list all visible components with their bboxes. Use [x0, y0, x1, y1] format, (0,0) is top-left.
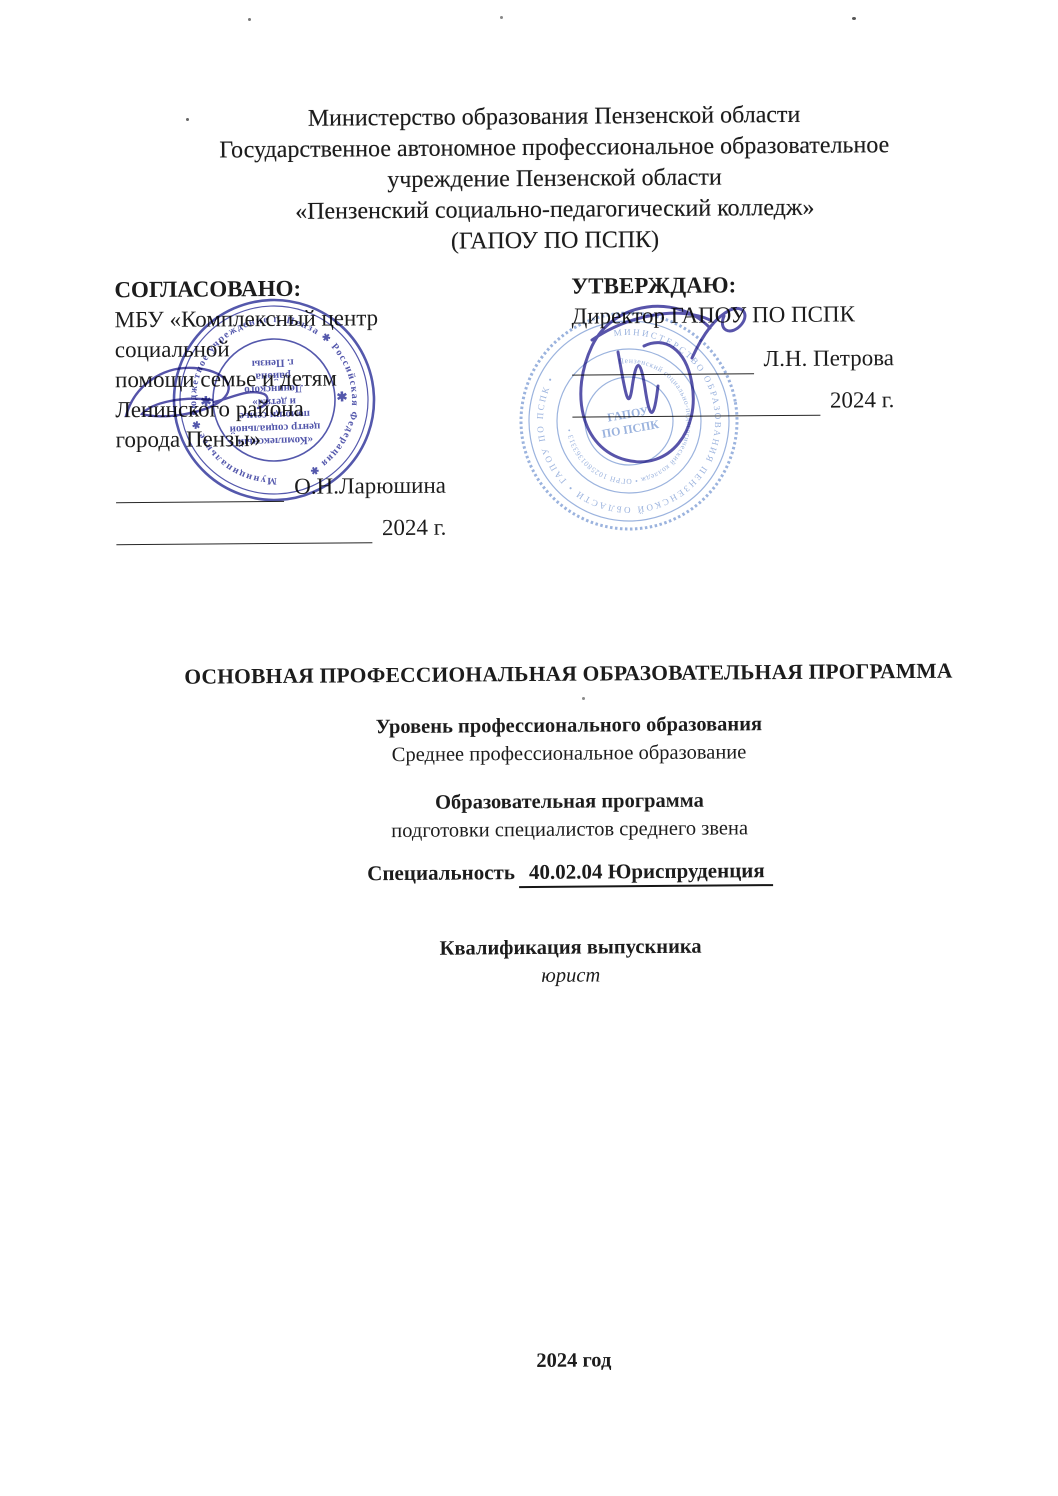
program-section: Образовательная программа подготовки спе…	[80, 784, 1058, 848]
scan-speck	[186, 118, 189, 121]
year-label: 2024 год	[85, 1346, 1058, 1377]
approved-signer-name: Л.Н. Петрова	[753, 343, 894, 374]
approved-signature	[552, 288, 757, 493]
document-title: ОСНОВНАЯ ПРОФЕССИОНАЛЬНАЯ ОБРАЗОВАТЕЛЬНА…	[79, 658, 1057, 691]
education-level-section: Уровень профессионального образования Ср…	[80, 708, 1058, 772]
agreed-signature	[118, 356, 288, 444]
agreed-date-row: 2024 г.	[116, 513, 446, 546]
specialty-section: Специальность40.02.04 Юриспруденция	[81, 856, 1058, 889]
agreed-date-line	[116, 518, 372, 545]
specialty-label: Специальность	[367, 860, 515, 885]
specialty-value: 40.02.04 Юриспруденция	[519, 858, 773, 888]
header-line-5: (ГАПОУ ПО ПСПК)	[56, 222, 1054, 261]
scan-speck	[582, 697, 585, 700]
qualification-section: Квалификация выпускника юрист	[81, 930, 1058, 994]
org-header: Министерство образования Пензенской обла…	[55, 98, 1054, 261]
svg-text:✱: ✱	[336, 388, 348, 403]
scan-speck	[248, 18, 251, 21]
scan-speck	[500, 16, 503, 19]
agreed-date: 2024 г.	[372, 513, 447, 544]
scan-speck	[852, 17, 856, 20]
document-page: Министерство образования Пензенской обла…	[0, 0, 1058, 1496]
approved-date: 2024 г.	[820, 385, 895, 416]
